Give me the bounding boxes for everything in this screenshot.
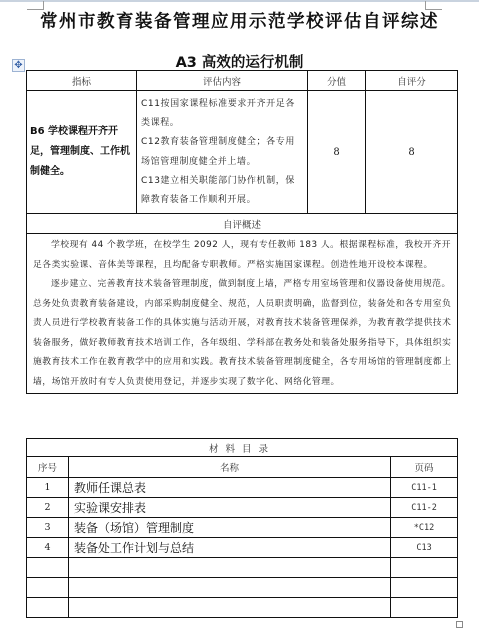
summary-paragraph-1: 学校现有 44 个教学班，在校学生 2092 人，现有专任教师 183 人。根据… [33, 236, 454, 275]
materials-table: 材料目录 序号 名称 页码 1 教师任课总表 C11-1 2 实验课安排表 C1… [26, 438, 458, 618]
material-name[interactable]: 教师任课总表 [69, 478, 391, 498]
header-page: 页码 [391, 457, 458, 478]
materials-heading: 材料目录 [27, 439, 458, 457]
material-page[interactable]: *C12 [391, 518, 458, 538]
resize-square-icon[interactable] [456, 621, 463, 628]
material-page[interactable] [391, 558, 458, 578]
self-score-cell[interactable]: 8 [366, 91, 458, 214]
materials-row: 4 装备处工作计划与总结 C13 [27, 538, 458, 558]
material-name[interactable]: 实验课安排表 [69, 498, 391, 518]
header-no: 序号 [27, 457, 69, 478]
score-cell[interactable]: 8 [308, 91, 366, 214]
material-no[interactable] [27, 598, 69, 618]
material-page[interactable] [391, 578, 458, 598]
indicator-cell[interactable]: B6 学校课程开齐开足，管理制度、工作机制健全。 [27, 91, 137, 214]
summary-heading-row: 自评概述 [27, 214, 458, 234]
material-page[interactable] [391, 598, 458, 618]
material-page[interactable]: C11-2 [391, 498, 458, 518]
materials-row-empty [27, 578, 458, 598]
materials-header-row: 序号 名称 页码 [27, 457, 458, 478]
material-no[interactable]: 2 [27, 498, 69, 518]
material-no[interactable]: 4 [27, 538, 69, 558]
summary-heading: 自评概述 [27, 214, 458, 234]
header-name: 名称 [69, 457, 391, 478]
materials-row-empty [27, 558, 458, 578]
material-name[interactable]: 装备处工作计划与总结 [69, 538, 391, 558]
material-page[interactable]: C11-1 [391, 478, 458, 498]
evaluation-row: B6 学校课程开齐开足，管理制度、工作机制健全。 C11按国家课程标准要求开齐开… [27, 91, 458, 214]
materials-row: 3 装备（场馆）管理制度 *C12 [27, 518, 458, 538]
header-self-score: 自评分 [366, 71, 458, 91]
header-content: 评估内容 [137, 71, 308, 91]
move-cross-icon[interactable]: ✥ [12, 59, 25, 72]
material-no[interactable]: 3 [27, 518, 69, 538]
summary-paragraph-2: 逐步建立、完善教育技术装备管理制度，做到制度上墙，严格专用室场管理和仪器设备使用… [33, 275, 454, 392]
material-name[interactable]: 装备（场馆）管理制度 [69, 518, 391, 538]
content-item-c13: C13建立相关职能部门协作机制，保障教育装备工作顺利开展。 [141, 172, 304, 210]
evaluation-header-row: 指标 评估内容 分值 自评分 [27, 71, 458, 91]
material-no[interactable]: 1 [27, 478, 69, 498]
materials-row: 1 教师任课总表 C11-1 [27, 478, 458, 498]
material-name[interactable] [69, 598, 391, 618]
content-cell[interactable]: C11按国家课程标准要求开齐开足各类课程。 C12教育装备管理制度健全；各专用场… [137, 91, 308, 214]
material-name[interactable] [69, 558, 391, 578]
header-indicator: 指标 [27, 71, 137, 91]
evaluation-table: 指标 评估内容 分值 自评分 B6 学校课程开齐开足，管理制度、工作机制健全。 … [26, 70, 458, 394]
materials-row-empty [27, 598, 458, 618]
material-name[interactable] [69, 578, 391, 598]
material-no[interactable] [27, 578, 69, 598]
summary-body-row: 学校现有 44 个教学班，在校学生 2092 人，现有专任教师 183 人。根据… [27, 234, 458, 394]
materials-heading-row: 材料目录 [27, 439, 458, 457]
material-page[interactable]: C13 [391, 538, 458, 558]
content-item-c12: C12教育装备管理制度健全；各专用场馆管理制度健全并上墙。 [141, 133, 304, 171]
content-item-c11: C11按国家课程标准要求开齐开足各类课程。 [141, 95, 304, 133]
page-top-edge [0, 0, 479, 2]
header-score: 分值 [308, 71, 366, 91]
summary-body[interactable]: 学校现有 44 个教学班，在校学生 2092 人，现有专任教师 183 人。根据… [27, 234, 458, 394]
materials-row: 2 实验课安排表 C11-2 [27, 498, 458, 518]
section-subtitle: A3 高效的运行机制 [0, 51, 479, 72]
material-no[interactable] [27, 558, 69, 578]
document-title: 常州市教育装备管理应用示范学校评估自评综述 [0, 8, 479, 33]
